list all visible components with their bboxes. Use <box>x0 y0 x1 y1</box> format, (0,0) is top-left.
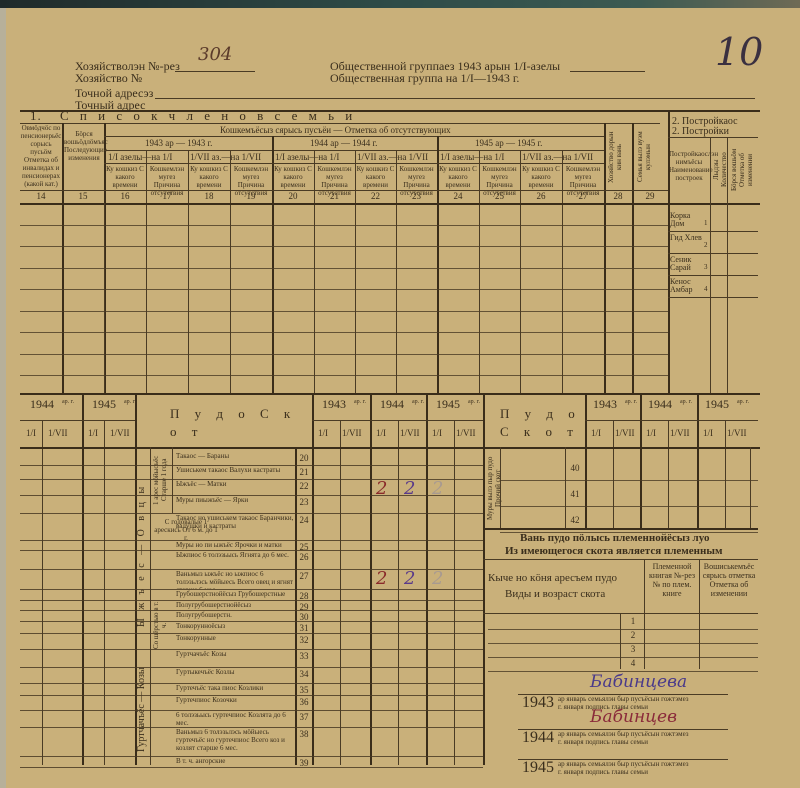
right-livestock-title: П у д о С к о т <box>500 405 590 441</box>
livestock-row-label-32: Тонкорунные <box>176 634 294 649</box>
year-1943-label: 1943 ар — 1943 г. <box>145 138 212 148</box>
left-year-1944: 1944 <box>30 398 54 411</box>
page-number: 10 <box>715 30 763 74</box>
building-4: Кенос Амбар <box>670 278 706 294</box>
other-livestock-label: Муры вылэ пыр пудо Прочий скот <box>486 452 500 524</box>
col-number-18: 18 <box>188 191 230 201</box>
livestock-row-num-33: 33 <box>296 651 312 661</box>
signature-year-1944: 1944 <box>522 729 554 747</box>
col-number-16: 16 <box>104 191 146 201</box>
col-number-29: 29 <box>632 191 668 201</box>
breeding-row-2: 2 <box>624 630 642 640</box>
col-number-14: 14 <box>20 191 62 201</box>
building-3: Сеник Сарай <box>670 256 706 272</box>
col-number-20: 20 <box>272 191 314 201</box>
livestock-row-num-31: 31 <box>296 623 312 633</box>
mid-year-1945: 1945 <box>436 398 460 411</box>
other-row-num-41: 41 <box>566 489 584 499</box>
livestock-row-num-37: 37 <box>296 712 312 722</box>
livestock-row-label-33: Гуртчачъёс Козы <box>176 650 294 667</box>
building-num-2: 2 <box>704 240 708 250</box>
right-year-1945: 1945 <box>705 398 729 411</box>
col-number-22: 22 <box>355 191 396 201</box>
breeding-row-3: 3 <box>624 644 642 654</box>
p-1944-1: 1/I азелы—на 1/I <box>275 152 339 162</box>
livestock-row-label-30: Полугрубошерстн. <box>176 611 294 621</box>
p-1945-1: 1/I азелы—на 1/I <box>440 152 504 162</box>
head-of-family-signature-1943: Бабинцева <box>590 672 687 692</box>
col-number-15: 15 <box>62 191 104 201</box>
p-1943-1: 1/I азелы—на 1/I <box>108 152 172 162</box>
livestock-row-num-26: 26 <box>296 552 312 562</box>
head-of-family-signature-1944: Бабинцев <box>590 707 677 727</box>
section1-number: 1. <box>30 109 42 122</box>
group-label-ru: Общественная группа на 1/I—1943 г. <box>330 72 519 85</box>
livestock-row-label-31: Тонкорунноёсыз <box>176 622 294 633</box>
breeding-col-kind-ru: Виды и возраст скота <box>505 588 605 601</box>
year-1945-label: 1945 ар — 1945 г. <box>475 138 542 148</box>
livestock-row-num-35: 35 <box>296 685 312 695</box>
col29-header: Семья вылэ вуэм кулэмын <box>636 126 666 188</box>
handwritten-count: 2 <box>404 568 415 589</box>
year-1944-label: 1944 ар — 1944 г. <box>310 138 377 148</box>
subheader-col-20: Ку кошкиз С какого времени <box>273 165 313 189</box>
subheader-col-18: Ку кошкиз С какого времени <box>189 165 229 189</box>
scan-left-edge <box>0 8 6 788</box>
mid-year-1943: 1943 <box>322 398 346 411</box>
livestock-row-num-34: 34 <box>296 669 312 679</box>
col-number-26: 26 <box>520 191 562 201</box>
handwritten-count: 2 <box>404 478 415 499</box>
livestock-row-label-21: Ушиськем такаос Валухи кастраты <box>176 466 294 479</box>
livestock-row-num-24: 24 <box>296 515 312 525</box>
livestock-row-label-23: Муры пиыжъёс — Ярки <box>176 496 294 513</box>
section1-title: С п и с о к ч л е н о в с е м ь и <box>60 109 356 122</box>
livestock-row-num-36: 36 <box>296 697 312 707</box>
livestock-row-num-23: 23 <box>296 497 312 507</box>
livestock-row-label-37: 6 толэзьысь гуртечпиос Козлята до 6 мес. <box>176 711 294 727</box>
col-number-28: 28 <box>604 191 632 201</box>
building-num-1: 1 <box>704 218 708 228</box>
other-row-num-40: 40 <box>566 463 584 473</box>
breeding-row-1: 1 <box>624 616 642 626</box>
livestock-row-label-39: В т. ч. ангорские <box>176 757 294 767</box>
building-num-4: 4 <box>704 284 708 294</box>
p-1944-2: 1/VII аз.—на 1/VII <box>357 152 428 162</box>
left-livestock-title: П у д о С к о т <box>170 405 310 441</box>
household-no-value: 304 <box>198 44 232 65</box>
section2-col-note: Бöрся вошьöм Отметка об изменении <box>730 142 754 198</box>
p-1943-2: 1/VII аз.—на 1/VII <box>190 152 261 162</box>
col-number-25: 25 <box>479 191 520 201</box>
livestock-row-label-34: Гуртыкечъёс Козлы <box>176 668 294 683</box>
livestock-row-label-28: Грубошерстнойёсыз Грубошерстные <box>176 590 294 600</box>
livestock-row-label-29: Полугрубошерстнойёсыз <box>176 601 294 610</box>
household-no-label-ru: Хозяйство № <box>75 72 142 85</box>
signature-year-1945: 1945 <box>522 759 554 777</box>
livestock-row-label-36: Гуртечпиос Козочки <box>176 696 294 710</box>
livestock-row-label-22: Ыжъёс — Матки <box>176 480 294 495</box>
breeding-title-komi: Вань пудо пöлысь племеннойёсыз луо <box>520 532 709 545</box>
livestock-row-label-26: Ыжпиос 6 толэзьысь Ягнята до 6 мес. <box>176 551 294 569</box>
building-2: Гид Хлев <box>670 234 706 242</box>
mid-year-1944: 1944 <box>380 398 404 411</box>
p-1945-2: 1/VII аз.—на 1/VII <box>522 152 593 162</box>
breeding-row-4: 4 <box>624 658 642 668</box>
livestock-row-num-38: 38 <box>296 729 312 739</box>
breeding-title-ru: Из имеющегося скота является племенным <box>505 545 722 558</box>
livestock-row-num-22: 22 <box>296 481 312 491</box>
right-year-1944: 1944 <box>648 398 672 411</box>
col15-header: Бöрся вошьöдлöмъяс Последующие изменения <box>64 130 104 162</box>
scan-top-band <box>0 0 800 8</box>
livestock-row-label-20: Такаос — Бараны <box>176 452 294 465</box>
handwritten-count: 2 <box>432 478 443 499</box>
col28-header: Хозяйство дорын кин вань <box>607 126 631 188</box>
col-number-21: 21 <box>314 191 355 201</box>
livestock-row-num-20: 20 <box>296 453 312 463</box>
livestock-row-label-38: Ваньмыз 6 толэзьлэсь мöйыесь гуртечъёс н… <box>176 728 294 756</box>
subheader-col-24: Ку кошкиз С какого времени <box>438 165 478 189</box>
livestock-row-label-27: Ваньмыз ыжъёс но ыжпиос 6 толэзьлэсь мöй… <box>176 570 294 589</box>
absence-header: Кошкемъёсыз сярысь пусъёи — Отметка об о… <box>220 125 451 135</box>
section2-col-count: Лыдзы Количество <box>712 142 726 198</box>
col-number-23: 23 <box>396 191 437 201</box>
col-number-24: 24 <box>437 191 479 201</box>
subheader-col-26: Ку кошкиз С какого времени <box>521 165 561 189</box>
left-year-1945: 1945 <box>92 398 116 411</box>
right-year-1943: 1943 <box>593 398 617 411</box>
handwritten-count: 2 <box>376 568 387 589</box>
subgroup-adult: 1 арес мöйысъёс Старше 1 года <box>152 452 170 508</box>
section2-col-name: Постройкаослэн нимъёсы Наименование пост… <box>669 150 709 182</box>
col-number-17: 17 <box>146 191 188 201</box>
livestock-row-label-24: Такаос но ушиськем такаос Баранчики, вал… <box>176 514 294 540</box>
livestock-row-num-21: 21 <box>296 467 312 477</box>
livestock-row-label-35: Гуртечъёс така пиос Козлики <box>176 684 294 695</box>
breeding-col-book: Племенной книгая №-рез № по плем. книге <box>645 562 699 598</box>
handwritten-count: 2 <box>432 568 443 589</box>
other-row-num-42: 42 <box>566 515 584 525</box>
col14-header: Овмöдчöс по пенсионерьёс сорысь пусьöм О… <box>20 124 62 188</box>
livestock-row-label-25: Муры но пи ыжъёс Ярочки и матки <box>176 541 294 550</box>
subheader-col-22: Ку кошкиз С какого времени <box>356 165 395 189</box>
col-number-19: 19 <box>230 191 272 201</box>
subgroup-wool: Со шёрстью в т. ч. <box>152 600 168 650</box>
signature-year-1943: 1943 <box>522 694 554 712</box>
col-number-27: 27 <box>562 191 604 201</box>
building-1: Корка Дом <box>670 212 706 228</box>
breeding-col-change: Вошиськемъёс сярысь отметка Отметка об и… <box>700 562 758 598</box>
breeding-col-kind-komi: Кыче но кöня аресъем пудо <box>488 572 617 585</box>
livestock-row-num-27: 27 <box>296 571 312 581</box>
livestock-row-num-32: 32 <box>296 635 312 645</box>
subheader-col-16: Ку кошкиз С какого времени <box>105 165 145 189</box>
building-num-3: 3 <box>704 262 708 272</box>
handwritten-count: 2 <box>376 478 387 499</box>
